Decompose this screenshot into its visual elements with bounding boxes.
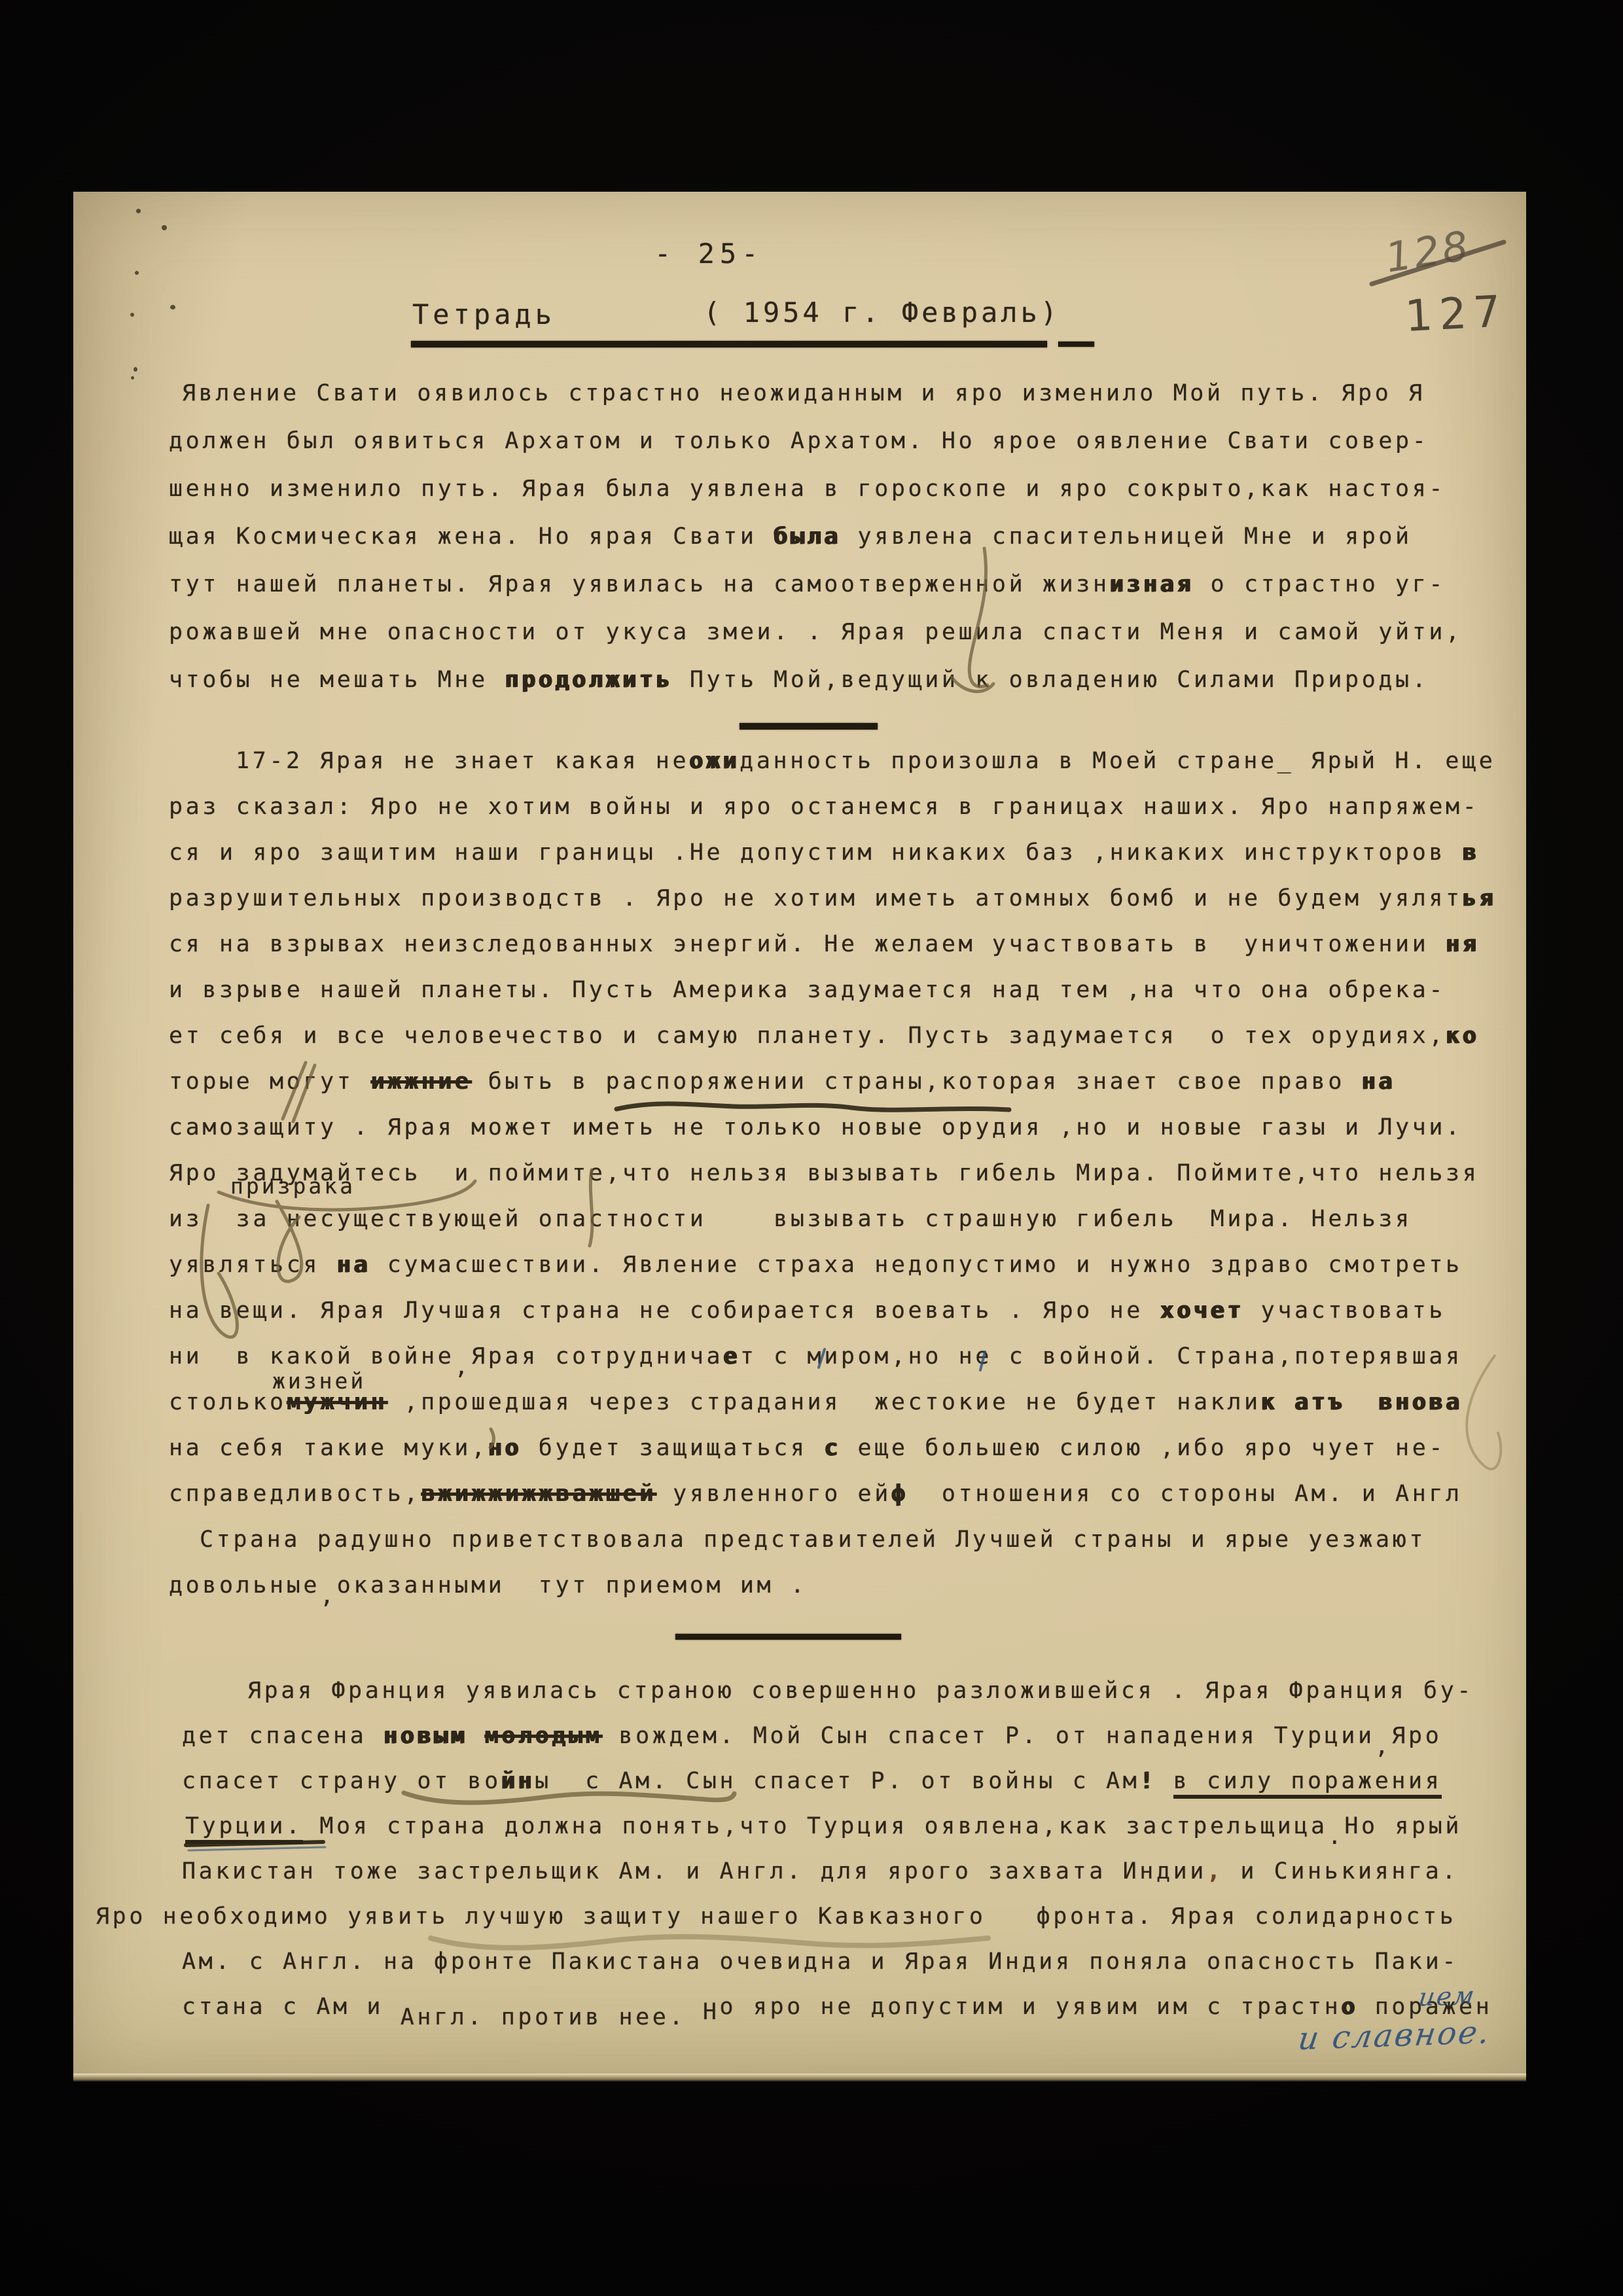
scan-background: { "colors":{"paper":"#d9c8a1","ink":"#2d… <box>0 0 1623 2296</box>
paper-speck <box>162 225 167 230</box>
pen-wavy-molodym <box>404 1793 734 1803</box>
pen-vertical-stroke <box>590 1170 592 1246</box>
pencil-strike-128 <box>1372 242 1504 284</box>
blue-tick-marks <box>819 1349 985 1370</box>
document-page: - 25- Тетрадь ( 1954 г. Февраль) Явление… <box>73 192 1526 2075</box>
blue-underline-turcii <box>188 1847 325 1850</box>
paper-speck <box>130 313 134 317</box>
pen-stroke-correction <box>952 548 993 692</box>
paper-speck <box>170 305 175 309</box>
pen-slash <box>283 1063 315 1122</box>
paper-speck <box>135 271 139 275</box>
pen-insert-loop <box>202 1201 302 1337</box>
ink-underline-strany <box>616 1104 1009 1110</box>
paper-speck <box>134 367 137 372</box>
paper-speck <box>131 376 134 380</box>
pen-margin-curve <box>1467 1356 1501 1469</box>
pen-marks <box>73 192 1526 2075</box>
ink-underline-turcii <box>186 1842 323 1845</box>
pen-apostrophe <box>490 1429 493 1447</box>
pen-wavy-luchshuyu <box>431 1937 988 1948</box>
pen-flourish <box>219 1181 475 1210</box>
paper-speck <box>136 209 141 213</box>
